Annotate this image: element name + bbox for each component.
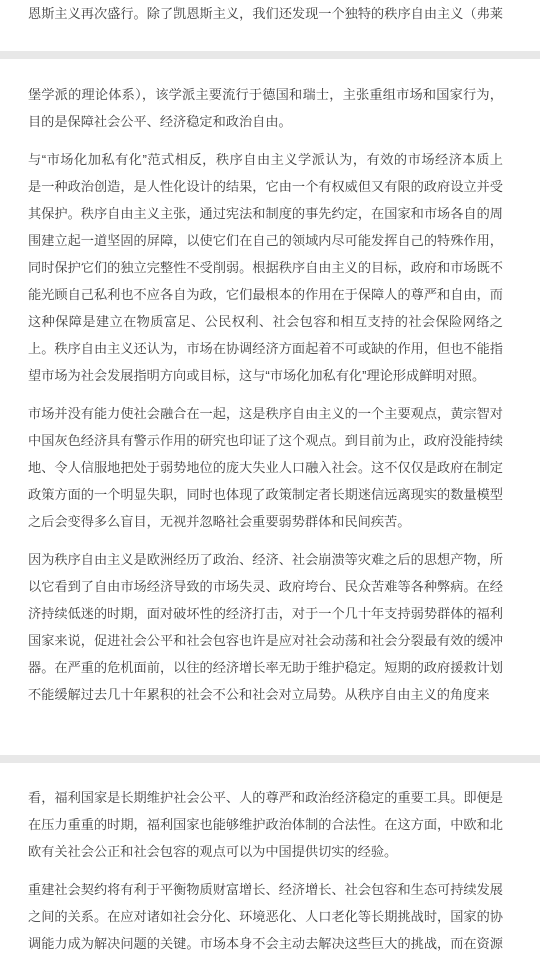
- text-line: 上。秩序自由主义还认为，市场在协调经济方面起着不可或缺的作用，但也不能指: [28, 335, 503, 362]
- text-line: 调能力成为解决问题的关键。市场本身不会主动去解决这些巨大的挑战，而在资源: [28, 930, 503, 957]
- text-line: 欧有关社会公正和社会包容的观点可以为中国提供切实的经验。: [28, 838, 503, 865]
- paragraph: 与“市场化加私有化”范式相反，秩序自由主义学派认为，有效的市场经济本质上是一种政…: [28, 146, 503, 389]
- text-line: 在压力重重的时期，福利国家也能够维护政治体制的合法性。在这方面，中欧和北: [28, 811, 503, 838]
- page-separator: [0, 51, 540, 59]
- reader-surface[interactable]: 恩斯主义再次盛行。除了凯恩斯主义，我们还发现一个独特的秩序自由主义（弗莱堡学派的…: [0, 0, 540, 960]
- text-line: 看，福利国家是长期维护社会公平、人的尊严和政治经济稳定的重要工具。即便是: [28, 784, 503, 811]
- paragraph: 恩斯主义再次盛行。除了凯恩斯主义，我们还发现一个独特的秩序自由主义（弗莱: [28, 0, 503, 27]
- text-line: 国家来说，促进社会公平和社会包容也许是应对社会动荡和社会分裂最有效的缓冲: [28, 627, 503, 654]
- text-line: 堡学派的理论体系），该学派主要流行于德国和瑞士，主张重组市场和国家行为，: [28, 81, 503, 108]
- reader-content: 恩斯主义再次盛行。除了凯恩斯主义，我们还发现一个独特的秩序自由主义（弗莱堡学派的…: [0, 0, 540, 960]
- paragraph: 堡学派的理论体系），该学派主要流行于德国和瑞士，主张重组市场和国家行为，目的是保…: [28, 81, 503, 135]
- text-line: 之间的关系。在应对诸如社会分化、环境恶化、人口老化等长期挑战时，国家的协: [28, 903, 503, 930]
- text-line: 恩斯主义再次盛行。除了凯恩斯主义，我们还发现一个独特的秩序自由主义（弗莱: [28, 0, 503, 27]
- text-line: 济持续低迷的时期，面对破坏性的经济打击，对于一个几十年支持弱势群体的福利: [28, 600, 503, 627]
- paragraph: 看，福利国家是长期维护社会公平、人的尊严和政治经济稳定的重要工具。即便是在压力重…: [28, 784, 503, 865]
- paragraph: 重建社会契约将有利于平衡物质财富增长、经济增长、社会包容和生态可持续发展之间的关…: [28, 876, 503, 957]
- text-line: 器。在严重的危机面前，以往的经济增长率无助于维护稳定。短期的政府援救计划: [28, 654, 503, 681]
- text-line: 能光顾自己私利也不应各自为政，它们最根本的作用在于保障人的尊严和自由，而: [28, 281, 503, 308]
- text-line: 围建立起一道坚固的屏障，以使它们在自己的领域内尽可能发挥自己的特殊作用，: [28, 227, 503, 254]
- paragraph: 因为秩序自由主义是欧洲经历了政治、经济、社会崩溃等灾难之后的思想产物，所以它看到…: [28, 546, 503, 708]
- text-line: 这种保障是建立在物质富足、公民权利、社会包容和相互支持的社会保险网络之: [28, 308, 503, 335]
- text-line: 其保护。秩序自由主义主张，通过宪法和制度的事先约定，在国家和市场各自的周: [28, 200, 503, 227]
- text-line: 市场并没有能力使社会融合在一起，这是秩序自由主义的一个主要观点，黄宗智对: [28, 400, 503, 427]
- text-line: 中国灰色经济具有警示作用的研究也印证了这个观点。到目前为止，政府没能持续: [28, 427, 503, 454]
- text-line: 与“市场化加私有化”范式相反，秩序自由主义学派认为，有效的市场经济本质上: [28, 146, 503, 173]
- text-line: 目的是保障社会公平、经济稳定和政治自由。: [28, 108, 503, 135]
- text-line: 是一种政治创造，是人性化设计的结果，它由一个有权威但又有限的政府设立并受: [28, 173, 503, 200]
- page-separator: [0, 755, 540, 763]
- text-line: 不能缓解过去几十年累积的社会不公和社会对立局势。从秩序自由主义的角度来: [28, 681, 503, 708]
- text-line: 政策方面的一个明显失职，同时也体现了政策制定者长期迷信远离现实的数量模型: [28, 481, 503, 508]
- text-line: 重建社会契约将有利于平衡物质财富增长、经济增长、社会包容和生态可持续发展: [28, 876, 503, 903]
- text-line: 之后会变得多么盲目，无视并忽略社会重要弱势群体和民间疾苦。: [28, 508, 503, 535]
- previous-page-tail: 恩斯主义再次盛行。除了凯恩斯主义，我们还发现一个独特的秩序自由主义（弗莱: [0, 0, 540, 27]
- text-line: 望市场为社会发展指明方向或目标，这与“市场化加私有化”理论形成鲜明对照。: [28, 362, 503, 389]
- text-line: 同时保护它们的独立完整性不受削弱。根据秩序自由主义的目标，政府和市场既不: [28, 254, 503, 281]
- text-line: 以它看到了自由市场经济导致的市场失灵、政府垮台、民众苦难等各种弊病。在经: [28, 573, 503, 600]
- next-page-head: 看，福利国家是长期维护社会公平、人的尊严和政治经济稳定的重要工具。即便是在压力重…: [0, 763, 540, 957]
- current-page: 堡学派的理论体系），该学派主要流行于德国和瑞士，主张重组市场和国家行为，目的是保…: [0, 59, 540, 708]
- paragraph: 市场并没有能力使社会融合在一起，这是秩序自由主义的一个主要观点，黄宗智对中国灰色…: [28, 400, 503, 535]
- text-line: 地、令人信服地把处于弱势地位的庞大失业人口融入社会。这不仅仅是政府在制定: [28, 454, 503, 481]
- text-line: 因为秩序自由主义是欧洲经历了政治、经济、社会崩溃等灾难之后的思想产物，所: [28, 546, 503, 573]
